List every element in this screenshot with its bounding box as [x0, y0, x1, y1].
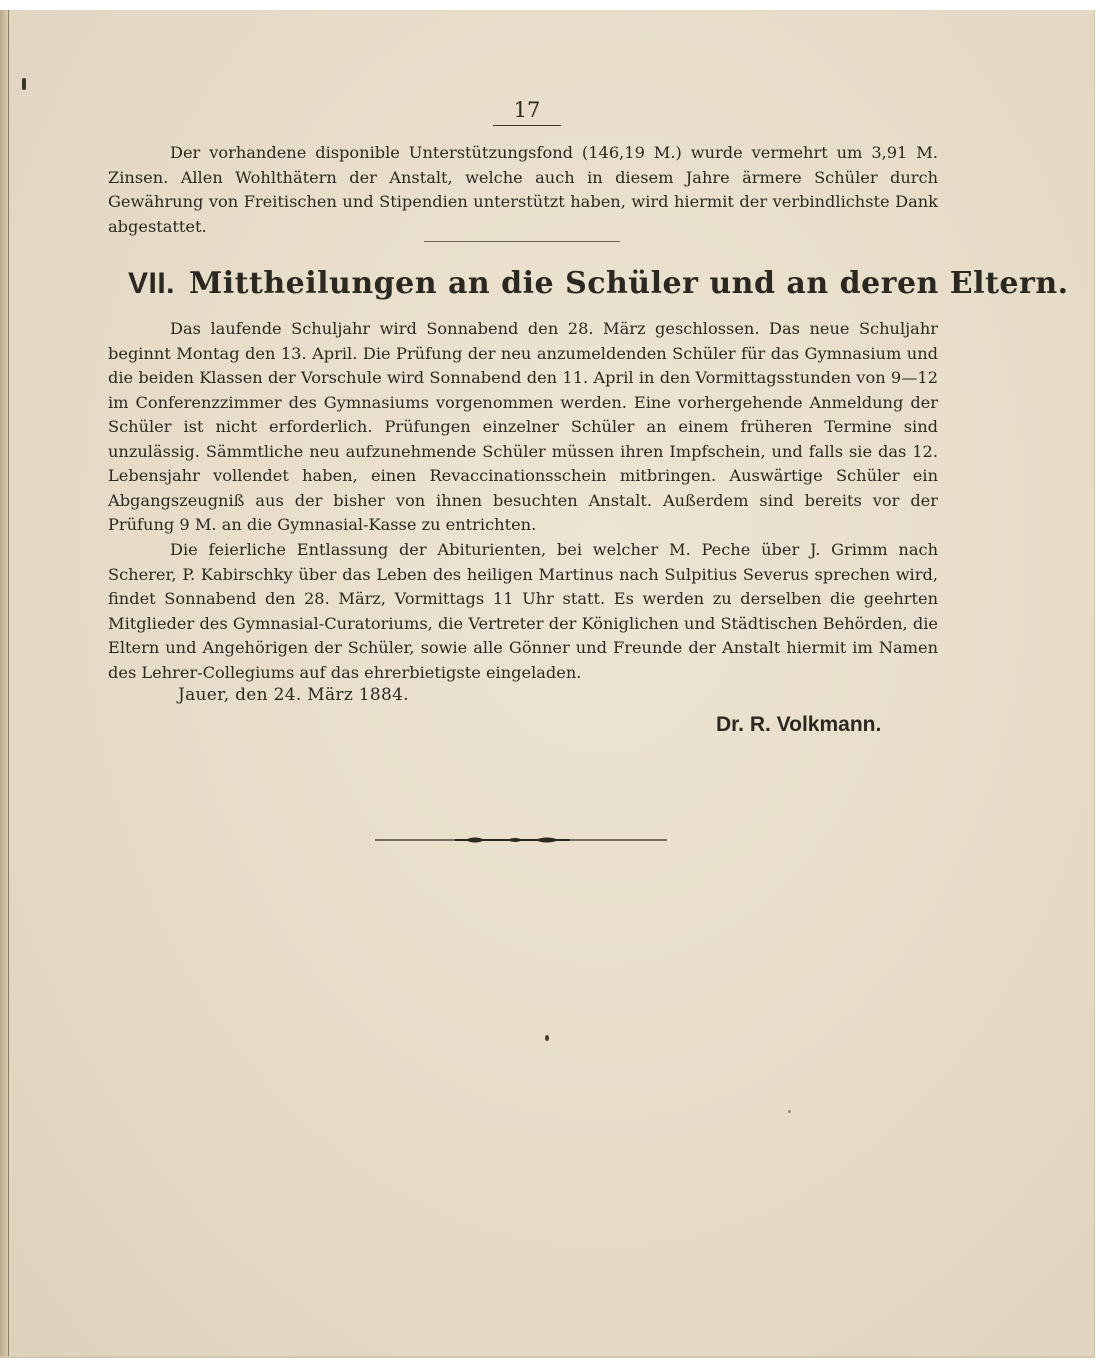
ink-mark: [22, 78, 26, 90]
page-binding-edge: [0, 10, 9, 1356]
section-number: VII.: [128, 267, 175, 300]
section-title: Mittheilungen an die Schüler und an dere…: [189, 266, 1069, 301]
paragraph-school-year: Das laufende Schuljahr wird Sonnabend de…: [108, 317, 938, 538]
page-number-rule: [493, 125, 561, 126]
paragraph-school-year-text: Das laufende Schuljahr wird Sonnabend de…: [108, 319, 938, 534]
section-heading: VII.Mittheilungen an die Schüler und an …: [128, 266, 928, 301]
paragraph-ceremony-text: Die feierliche Entlassung der Abiturient…: [108, 540, 938, 682]
page-number: 17: [490, 98, 564, 122]
section-divider: [424, 241, 620, 242]
paragraph-intro-text: Der vorhandene disponible Unterstützungs…: [108, 143, 938, 236]
signature: Dr. R. Volkmann.: [716, 713, 881, 737]
paper-speck: [788, 1110, 791, 1113]
paper-speck: [545, 1035, 549, 1041]
paragraph-intro: Der vorhandene disponible Unterstützungs…: [108, 141, 938, 239]
paragraph-ceremony: Die feierliche Entlassung der Abiturient…: [108, 538, 938, 685]
dateline: Jauer, den 24. März 1884.: [178, 685, 409, 705]
document-page: 17 Der vorhandene disponible Unterstützu…: [0, 10, 1095, 1358]
ornament-divider-icon: [375, 832, 667, 848]
